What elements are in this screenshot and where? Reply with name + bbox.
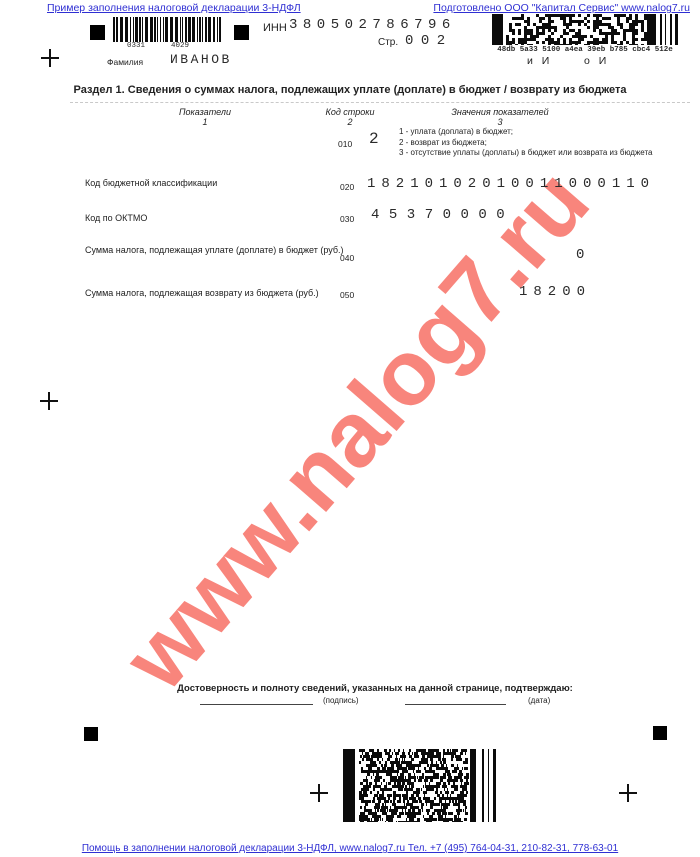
column-header-indicators-num: 1 [145,117,265,127]
page-number-value: 002 [405,33,453,49]
header-left-link[interactable]: Пример заполнения налоговой декларации 3… [47,2,301,14]
row-020-value: 18210102010011000110 [367,176,655,192]
column-header-line-code-num: 2 [310,117,390,127]
column-header-line-code-title: Код строки [310,107,390,117]
inn-label: ИНН [263,22,287,34]
form-barcode-pdf417-icon [343,749,496,822]
column-header-values: Значения показателей 3 [430,107,570,127]
row-010-legend-line-3: 3 - отсутствие уплаты (доплаты) в бюджет… [399,148,653,159]
section-separator [70,102,690,103]
surname-value: ИВАНОВ [170,52,232,67]
row-020-label: Код бюджетной классификации [85,178,217,189]
signature-caption: (подпись) [323,696,359,705]
registration-square-bottom-right [653,726,667,740]
barcode-initials-right: о И [584,55,609,67]
row-020-code: 020 [340,182,354,192]
barcode-initials-left: и И [527,55,552,67]
registration-square-top-left-2 [234,25,249,40]
watermark-text: www.nalog7.ru [104,150,610,710]
row-050-value: 18200 [519,284,591,300]
header-right-link[interactable]: Подготовлено ООО "Капитал Сервис" www.na… [433,2,690,14]
row-050-label: Сумма налога, подлежащая возврату из бюд… [85,288,375,299]
crop-mark-plus-mid-left [40,392,58,410]
row-040-label: Сумма налога, подлежащая уплате (доплате… [85,245,350,256]
row-030-code: 030 [340,214,354,224]
signature-line[interactable] [200,703,313,705]
tax-form-page: www.nalog7.ru Пример заполнения налогово… [0,0,700,857]
column-header-line-code: Код строки 2 [310,107,390,127]
form-barcode-2d-icon [492,14,678,45]
row-040-value: 0 [576,247,584,263]
crop-mark-plus-top-left [41,49,59,67]
row-010-legend-line-1: 1 - уплата (доплата) в бюджет; [399,127,653,138]
registration-square-bottom-left [84,727,98,741]
crop-mark-plus-bottom-left [310,784,328,802]
column-header-values-num: 3 [430,117,570,127]
row-050-code: 050 [340,290,354,300]
row-010-legend-line-2: 2 - возврат из бюджета; [399,138,653,149]
row-010-legend: 1 - уплата (доплата) в бюджет; 2 - возвр… [399,127,653,159]
row-040-code: 040 [340,253,354,263]
date-caption: (дата) [528,696,550,705]
row-030-label: Код по ОКТМО [85,213,147,224]
footer-help-link[interactable]: Помощь в заполнении налоговой декларации… [82,843,618,854]
crop-mark-plus-bottom-right [619,784,637,802]
inn-value: 380502786796 [289,17,456,33]
column-header-indicators-title: Показатели [145,107,265,117]
barcode-number-right: 4029 [171,42,189,50]
row-010-value: 2 [369,130,379,148]
row-030-value: 45370000 [371,207,514,223]
page-number-label: Стр. [378,37,398,48]
barcode-hash-caption: 48db 5a33 5100 a4ea 39eb b785 cbc4 512e [492,46,678,54]
column-header-indicators: Показатели 1 [145,107,265,127]
surname-label: Фамилия [107,57,143,67]
barcode-number-left: 0331 [127,42,145,50]
row-010-code: 010 [338,139,352,149]
column-header-values-title: Значения показателей [430,107,570,117]
form-barcode-1d-icon [113,17,226,42]
signature-confirmation-text: Достоверность и полноту сведений, указан… [165,683,585,694]
section-title: Раздел 1. Сведения о суммах налога, подл… [0,84,700,96]
registration-square-top-left-1 [90,25,105,40]
date-line[interactable] [405,703,506,705]
